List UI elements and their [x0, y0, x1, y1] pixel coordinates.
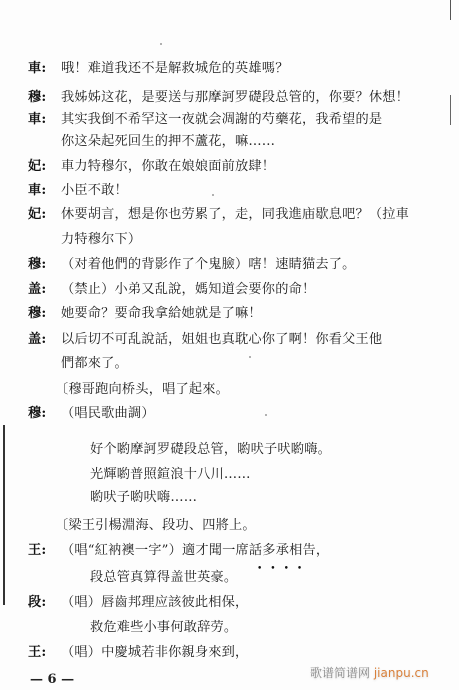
speaker-label: 車: — [28, 181, 46, 201]
speaker-label: 妃: — [28, 205, 46, 225]
song-lyric-text: 段总管真算得盖世英豪。 — [90, 568, 237, 588]
dialogue-text: （禁止）小弟又乱說，媽知道会要你的命！ — [61, 280, 315, 300]
dialogue-text: 她要命？要命我拿給她就是了嘛！ — [61, 304, 262, 324]
dialogue-text: （唱）唇齒邦理应該彼此相保， — [61, 593, 248, 613]
watermark-latin: jianpu.cn — [374, 666, 429, 680]
emphasis-dots: •••• — [257, 566, 317, 572]
scan-speck — [265, 414, 267, 416]
dialogue-text: 你这朵起死回生的押不蘆花，嘛…… — [61, 132, 275, 152]
song-lyric-text: 光輝喲普照鍹浪十八川…… — [90, 465, 251, 485]
speaker-label: 王: — [28, 541, 46, 561]
stage-direction-text: 〔穆哥跑向桥头，唱了起來。 — [55, 380, 229, 400]
dialogue-text: （唱民歌曲調） — [61, 404, 155, 424]
dialogue-text: 力特穆尔下） — [61, 230, 141, 250]
dialogue-text: （唱）中慶城若非你親身來到， — [61, 643, 248, 663]
speaker-label: 王: — [28, 643, 46, 663]
speaker-label: 妃: — [28, 157, 46, 177]
speaker-label: 車: — [28, 110, 46, 130]
speaker-label: 盖: — [28, 280, 46, 300]
speaker-label: 穆: — [28, 304, 46, 324]
speaker-label: 段: — [28, 593, 46, 613]
dialogue-text: 以后切不可乱說話，姐姐也真耽心你了啊！你看父王他 — [61, 330, 382, 350]
dialogue-text: 休要胡言，想是你也劳累了，走，同我進庙歇息吧？（拉車 — [61, 205, 409, 225]
scan-margin-line — [3, 425, 5, 605]
page-number: — 6 — — [30, 672, 74, 687]
stage-direction-text: 〔梁王引楊淵海、段功、四將上。 — [55, 516, 256, 536]
song-lyric-text: 好个喲摩訶罗礎段总管，喲吠子吠喲嗨。 — [90, 440, 331, 460]
speaker-label: 穆: — [28, 88, 46, 108]
speaker-label: 穆: — [28, 255, 46, 275]
speaker-label: 穆: — [28, 404, 46, 424]
speaker-label: 車: — [28, 59, 46, 79]
dialogue-text: 車力特穆尔，你敢在娘娘面前放肆！ — [61, 157, 275, 177]
site-watermark: 歌谱简谱网 jianpu.cn — [310, 664, 429, 681]
scan-speck — [160, 43, 162, 45]
dialogue-text: 我姊姊这花，是要送与那摩訶罗礎段总管的，你要？休想！ — [61, 88, 409, 108]
dialogue-text: （唱“紅衲襖一字”）適才聞一席話多承相告， — [61, 541, 329, 561]
song-lyric-text: 喲吠子喲吠嗨…… — [90, 488, 197, 508]
speaker-label: 盖: — [28, 330, 46, 350]
scan-margin-line — [450, 0, 451, 20]
dialogue-text: （对着他們的背影作了个鬼臉）嗐！速睛猫去了。 — [61, 255, 356, 275]
scan-speck — [249, 356, 251, 358]
dialogue-text: 們都來了。 — [61, 354, 128, 374]
dialogue-text: 哦！难道我还不是解救城危的英雄嗎？ — [61, 59, 289, 79]
watermark-cn: 歌谱简谱网 — [310, 666, 370, 680]
dialogue-text: 其实我倒不希罕这一夜就会凋謝的芍藥花，我希望的是 — [61, 110, 382, 130]
scan-margin-line — [450, 95, 451, 125]
scanned-script-page: 車: 哦！难道我还不是解救城危的英雄嗎？ 穆: 我姊姊这花，是要送与那摩訶罗礎段… — [0, 0, 459, 690]
scan-speck — [212, 194, 214, 196]
dialogue-text: 小臣不敢！ — [61, 181, 128, 201]
song-lyric-text: 救危难些小事何敢辞劳。 — [90, 618, 237, 638]
